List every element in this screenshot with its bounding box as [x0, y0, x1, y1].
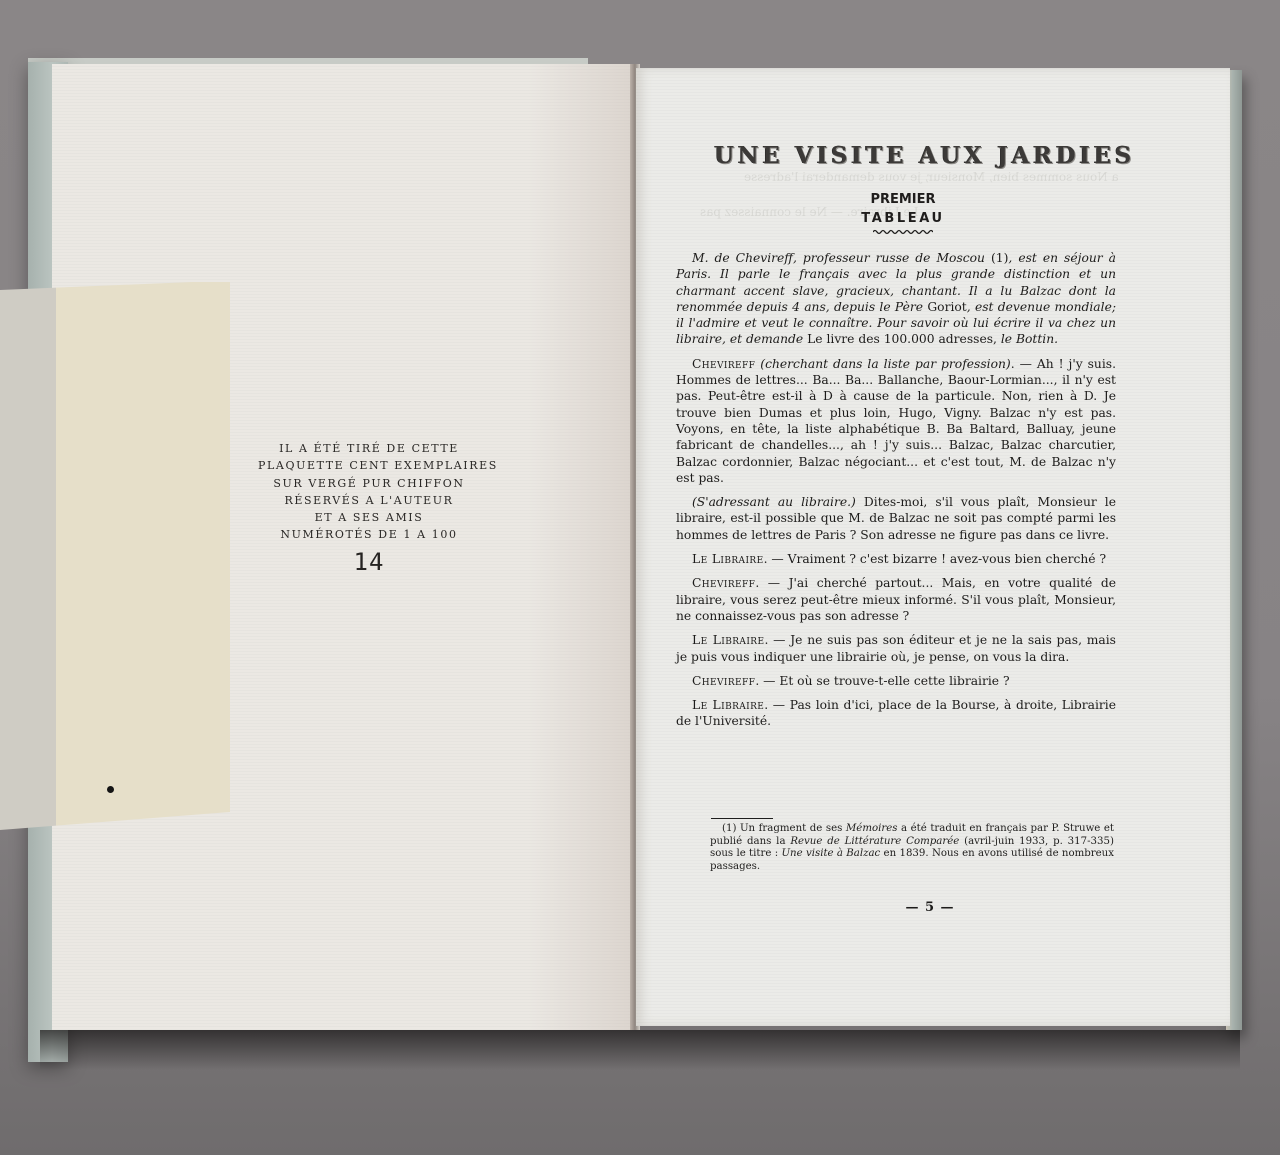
colophon-line: IL A ÉTÉ TIRÉ DE CETTE [258, 440, 480, 457]
speaker-name: Chevireff [692, 357, 755, 371]
dialogue-paragraph: Chevireff. — J'ai cherché partout... Mai… [676, 575, 1116, 624]
speaker-name: Le Libraire [692, 633, 764, 647]
colophon-line: SUR VERGÉ PUR CHIFFON [258, 475, 480, 492]
intro-text: Goriot [927, 300, 966, 314]
stage-direction: (cherchant dans la liste par profession) [760, 357, 1010, 371]
footnote: (1) Un fragment de ses Mémoires a été tr… [710, 823, 1114, 873]
colophon-line: ET A SES AMIS [258, 509, 480, 526]
intro-text: M. de Chevireff, professeur russe de Mos… [692, 251, 991, 265]
dialogue-text: . — Vraiment ? c'est bizarre ! avez-vous… [764, 552, 1107, 566]
speaker-name: Chevireff [692, 576, 755, 590]
dialogue-paragraph: (S'adressant au libraire.) Dites-moi, s'… [676, 494, 1116, 543]
dialogue-paragraph: Le Libraire. — Vraiment ? c'est bizarre … [676, 551, 1116, 567]
play-text: M. de Chevireff, professeur russe de Mos… [676, 250, 1116, 738]
colophon: IL A ÉTÉ TIRÉ DE CETTE PLAQUETTE CENT EX… [258, 440, 480, 571]
insert-slip [0, 282, 230, 830]
intro-text: le Bottin. [1001, 332, 1058, 346]
stage-direction-intro: M. de Chevireff, professeur russe de Mos… [676, 250, 1116, 348]
intro-text: Le livre des 100.000 adresses, [807, 332, 1001, 346]
subtitle-line-2: TABLEAU [840, 209, 966, 228]
ornament-squiggle-icon [873, 229, 933, 235]
speaker-name: Chevireff [692, 674, 755, 688]
footnote-text: (1) Un fragment de ses [722, 823, 846, 834]
stage-direction: (S'adressant au libraire.) [692, 495, 856, 509]
footnote-divider [711, 818, 773, 819]
subtitle-line-1: PREMIER [840, 190, 966, 209]
booklet-shadow [40, 1030, 1240, 1070]
dialogue-text: . — Ah ! j'y suis. Hommes de lettres... … [676, 357, 1116, 485]
dialogue-paragraph: Le Libraire. — Je ne suis pas son éditeu… [676, 632, 1116, 665]
dialogue-paragraph: Le Libraire. — Pas loin d'ici, place de … [676, 697, 1116, 730]
colophon-line: NUMÉROTÉS DE 1 A 100 [258, 526, 480, 543]
dialogue-paragraph: Chevireff. — Et où se trouve-t-elle cett… [676, 673, 1116, 689]
dialogue-text: . — Et où se trouve-t-elle cette librair… [755, 674, 1009, 688]
hole-icon [107, 786, 114, 793]
page-number: — 5 — [880, 900, 980, 915]
section-subtitle: PREMIER TABLEAU [840, 190, 966, 228]
footnote-text: Une visite à Balzac [781, 848, 880, 859]
copy-number: 14 [258, 554, 480, 571]
speaker-name: Le Libraire [692, 698, 764, 712]
dialogue-paragraph: Chevireff (cherchant dans la liste par p… [676, 356, 1116, 486]
bleed-through-text: a Nous sommes bien, Monsieur, je vous de… [744, 170, 1119, 184]
footnote-reference[interactable]: (1) [991, 251, 1008, 265]
speaker-name: Le Libraire [692, 552, 764, 566]
footnote-text: Mémoires [846, 823, 898, 834]
chapter-title: UNE VISITE AUX JARDIES [714, 142, 1092, 169]
footnote-text: Revue de Littérature Comparée [790, 836, 959, 847]
colophon-line: RÉSERVÉS A L'AUTEUR [258, 492, 480, 509]
colophon-line: PLAQUETTE CENT EXEMPLAIRES [258, 457, 480, 474]
